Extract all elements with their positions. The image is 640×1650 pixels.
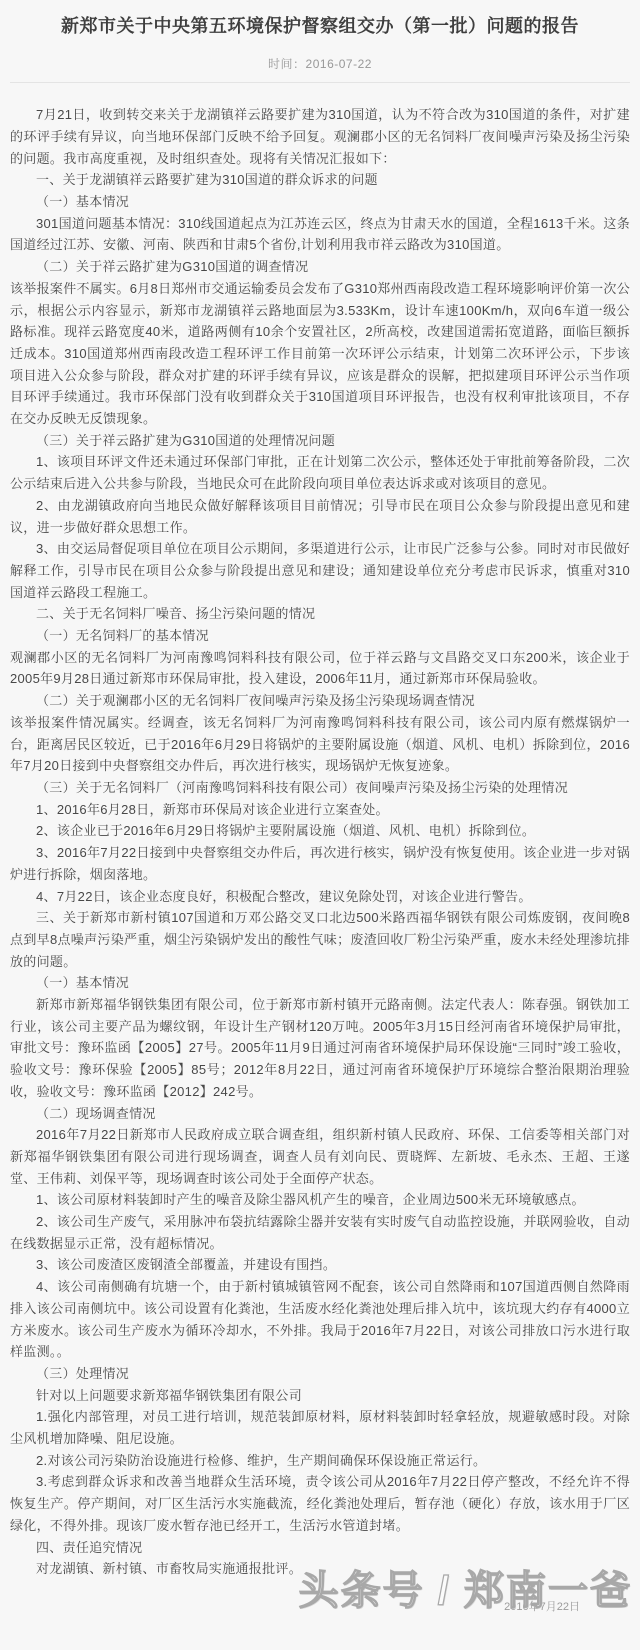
paragraph: 针对以上问题要求新郑福华钢铁集团有限公司 bbox=[10, 1385, 630, 1407]
paragraph: 2.对该公司污染防治设施进行检修、维护，生产期间确保环保设施正常运行。 bbox=[10, 1450, 630, 1472]
paragraph: （一）基本情况 bbox=[10, 972, 630, 994]
paragraph: 3、由交运局督促项目单位在项目公示期间，多渠道进行公示，让市民广泛参与公参。同时… bbox=[10, 538, 630, 603]
paragraph: 新郑市新郑福华钢铁集团有限公司，位于新郑市新村镇开元路南侧。法定代表人：陈春强。… bbox=[10, 994, 630, 1103]
paragraph: （一）基本情况 bbox=[10, 191, 630, 213]
paragraph: 一、关于龙湖镇祥云路要扩建为310国道的群众诉求的问题 bbox=[10, 169, 630, 191]
paragraph: 2016年7月22日新郑市人民政府成立联合调查组，组织新村镇人民政府、环保、工信… bbox=[10, 1124, 630, 1189]
paragraph: （二）现场调查情况 bbox=[10, 1103, 630, 1125]
paragraph: 1、该项目环评文件还未通过环保部门审批，正在计划第二次公示，整体还处于审批前筹备… bbox=[10, 451, 630, 494]
paragraph: 2、该企业已于2016年6月29日将锅炉主要附属设施（烟道、风机、电机）拆除到位… bbox=[10, 820, 630, 842]
article-page: 新郑市关于中央第五环境保护督察组交办（第一批）问题的报告 时间：2016-07-… bbox=[0, 0, 640, 1650]
paragraph: 三、关于新郑市新村镇107国道和万邓公路交叉口北边500米路西福华钢铁有限公司炼… bbox=[10, 907, 630, 972]
paragraph: 3.考虑到群众诉求和改善当地群众生活环境，责令该公司从2016年7月22日停产整… bbox=[10, 1471, 630, 1536]
paragraph: 4、该公司南侧确有坑塘一个，由于新村镇城镇管网不配套，该公司自然降雨和107国道… bbox=[10, 1276, 630, 1363]
article-body: 7月21日，收到转交来关于龙湖镇祥云路要扩建为310国道，认为不符合改为310国… bbox=[0, 83, 640, 1650]
paragraph: （三）处理情况 bbox=[10, 1363, 630, 1385]
paragraph: 3、该公司废渣区废钢渣全部覆盖，并建设有围挡。 bbox=[10, 1254, 630, 1276]
paragraph: （一）无名饲料厂的基本情况 bbox=[10, 625, 630, 647]
paragraph: 1、该公司原材料装卸时产生的噪音及除尘器风机产生的噪音，企业周边500米无环境敏… bbox=[10, 1189, 630, 1211]
paragraph: 二、关于无名饲料厂噪音、扬尘污染问题的情况 bbox=[10, 603, 630, 625]
paragraph: 观澜郡小区的无名饲料厂为河南豫鸣饲料科技有限公司，位于祥云路与文昌路交叉口东20… bbox=[10, 647, 630, 690]
watermark-text: 头条号 / 郑南一爸 bbox=[299, 1559, 632, 1616]
watermark: 2016年7月22日 头条号 / 郑南一爸 bbox=[302, 1562, 632, 1622]
paragraph: 四、责任追究情况 bbox=[10, 1537, 630, 1559]
paragraph: 1、2016年6月28日，新郑市环保局对该企业进行立案查处。 bbox=[10, 799, 630, 821]
paragraph: 301国道问题基本情况：310线国道起点为江苏连云区，终点为甘肃天水的国道，全程… bbox=[10, 213, 630, 256]
paragraph: （二）关于祥云路扩建为G310国道的调查情况 bbox=[10, 256, 630, 278]
publish-date: 时间：2016-07-22 bbox=[0, 55, 640, 72]
paragraph: 1.强化内部管理，对员工进行培训，规范装卸原材料，原材料装卸时轻拿轻放，规避敏感… bbox=[10, 1406, 630, 1449]
paragraph: 2、该公司生产废气，采用脉冲布袋抗结露除尘器并安装有实时废气自动监控设施，并联网… bbox=[10, 1211, 630, 1254]
page-title: 新郑市关于中央第五环境保护督察组交办（第一批）问题的报告 bbox=[0, 0, 640, 39]
paragraph: （二）关于观澜郡小区的无名饲料厂夜间噪声污染及扬尘污染现场调查情况 bbox=[10, 690, 630, 712]
paragraph: 7月21日，收到转交来关于龙湖镇祥云路要扩建为310国道，认为不符合改为310国… bbox=[10, 104, 630, 169]
paragraph: （三）关于祥云路扩建为G310国道的处理情况问题 bbox=[10, 430, 630, 452]
paragraph: 2、由龙湖镇政府向当地民众做好解释该项目目前情况；引导市民在项目公众参与阶段提出… bbox=[10, 495, 630, 538]
paragraph: （三）关于无名饲料厂（河南豫鸣饲料科技有限公司）夜间噪声污染及扬尘污染的处理情况 bbox=[10, 777, 630, 799]
paragraph: 该举报案件不属实。6月8日郑州市交通运输委员会发布了G310郑州西南段改造工程环… bbox=[10, 278, 630, 430]
paragraph: 4、7月22日，该企业态度良好，积极配合整改，建议免除处罚，对该企业进行警告。 bbox=[10, 886, 630, 908]
paragraph: 3、2016年7月22日接到中央督察组交办件后，再次进行核实，锅炉没有恢复使用。… bbox=[10, 842, 630, 885]
paragraph: 该举报案件情况属实。经调查，该无名饲料厂为河南豫鸣饲料科技有限公司，该公司内原有… bbox=[10, 712, 630, 777]
